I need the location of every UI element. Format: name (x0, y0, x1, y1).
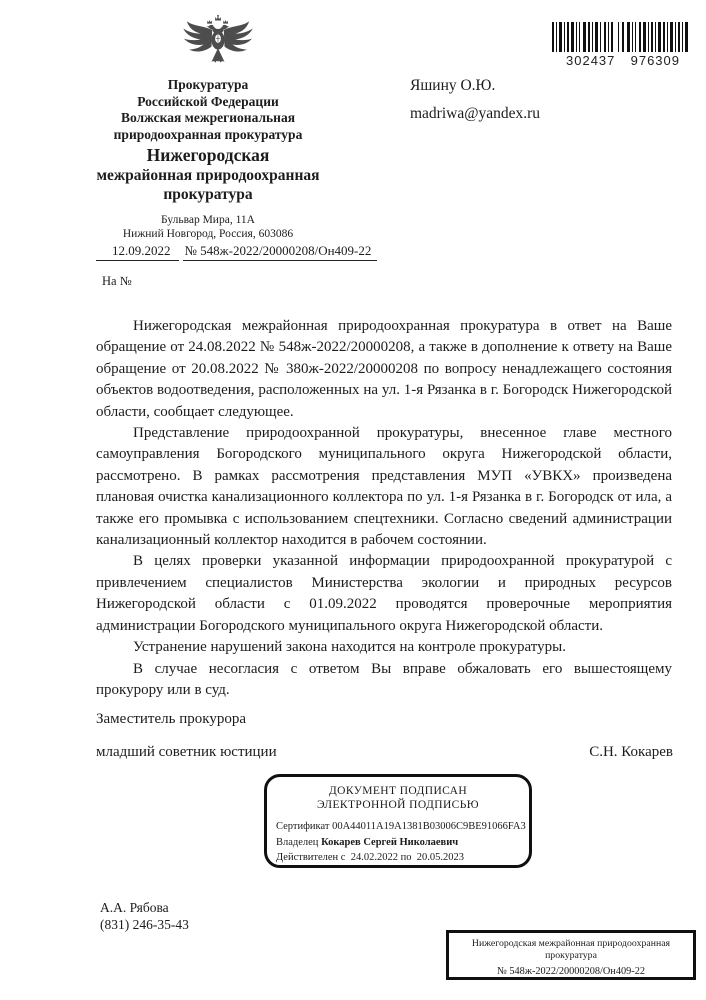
signer-rank: младший советник юстиции (96, 744, 277, 761)
executor-contact: А.А. Рябова (831) 246-35-43 (100, 899, 189, 933)
esign-details: Сертификат 00A44011A19A1381B03006C9BE910… (276, 819, 520, 866)
address-line: Бульвар Мира, 11А (58, 213, 358, 227)
stamp-org-line: прокуратура (449, 950, 693, 962)
esign-validity-line: Действителен с 24.02.2022 по 20.05.2023 (276, 850, 520, 866)
outgoing-reference-line: 12.09.2022№ 548ж-2022/20000208/Он409-22 (96, 243, 377, 261)
letterhead-org-name: межрайонная природоохранная (58, 166, 358, 185)
recipient-name: Яшину О.Ю. (410, 77, 495, 95)
body-paragraph: В целях проверки указанной информации пр… (96, 551, 672, 637)
letter-body: Нижегородская межрайонная природоохранна… (96, 316, 672, 701)
letterhead-address: Бульвар Мира, 11А Нижний Новгород, Росси… (58, 213, 358, 241)
barcode-digits: 302437 976309 (552, 52, 690, 68)
esign-title-line1: ДОКУМЕНТ ПОДПИСАН (276, 784, 520, 798)
esign-certificate-line: Сертификат 00A44011A19A1381B03006C9BE910… (276, 819, 520, 835)
outgoing-date: 12.09.2022 (96, 243, 179, 261)
stamp-org-line: Нижегородская межрайонная природоохранна… (449, 938, 693, 950)
scanned-letter-page: Прокуратура Российской Федерации Волжска… (0, 0, 706, 1000)
signer-name: С.Н. Кокарев (589, 744, 673, 761)
executor-phone: (831) 246-35-43 (100, 916, 189, 933)
barcode-bars-icon (552, 22, 688, 52)
letterhead-org-line: Российской Федерации (58, 94, 358, 111)
barcode-digits-left: 302437 (566, 53, 615, 68)
stamp-number: № 548ж-2022/20000208/Он409-22 (449, 966, 693, 977)
letterhead-org-line: Волжская межрегиональная (58, 110, 358, 127)
executor-name: А.А. Рябова (100, 899, 189, 916)
registration-stamp: Нижегородская межрайонная природоохранна… (446, 930, 696, 980)
letterhead-org-line: Прокуратура (58, 77, 358, 94)
barcode: 302437 976309 (552, 22, 690, 68)
esign-owner-line: Владелец Кокарев Сергей Николаевич (276, 835, 520, 851)
signature-row: младший советник юстиции С.Н. Кокарев (96, 744, 673, 761)
letterhead: Прокуратура Российской Федерации Волжска… (58, 77, 358, 241)
number-sign: № (185, 243, 197, 258)
outgoing-number-value: 548ж-2022/20000208/Он409-22 (200, 243, 371, 258)
recipient-email: madriwa@yandex.ru (410, 105, 540, 123)
letterhead-org-line: природоохранная прокуратура (58, 127, 358, 144)
address-line: Нижний Новгород, Россия, 603086 (58, 227, 358, 241)
esign-title-line2: ЭЛЕКТРОННОЙ ПОДПИСЬЮ (276, 798, 520, 812)
in-reply-to-label: На № (102, 274, 132, 289)
electronic-signature-stamp: ДОКУМЕНТ ПОДПИСАН ЭЛЕКТРОННОЙ ПОДПИСЬЮ С… (264, 774, 532, 868)
body-paragraph: Нижегородская межрайонная природоохранна… (96, 316, 672, 423)
letterhead-org-name: Нижегородская (58, 144, 358, 166)
body-paragraph: Устранение нарушений закона находится на… (96, 637, 672, 658)
russia-coat-of-arms-icon (181, 14, 255, 72)
barcode-digits-right: 976309 (631, 53, 680, 68)
body-paragraph: В случае несогласия с ответом Вы вправе … (96, 659, 672, 702)
body-paragraph: Представление природоохранной прокуратур… (96, 423, 672, 551)
letterhead-org-name: прокуратура (58, 185, 358, 204)
signer-post: Заместитель прокурора (96, 711, 246, 728)
outgoing-number: № 548ж-2022/20000208/Он409-22 (183, 243, 378, 261)
esign-title: ДОКУМЕНТ ПОДПИСАН ЭЛЕКТРОННОЙ ПОДПИСЬЮ (276, 784, 520, 812)
